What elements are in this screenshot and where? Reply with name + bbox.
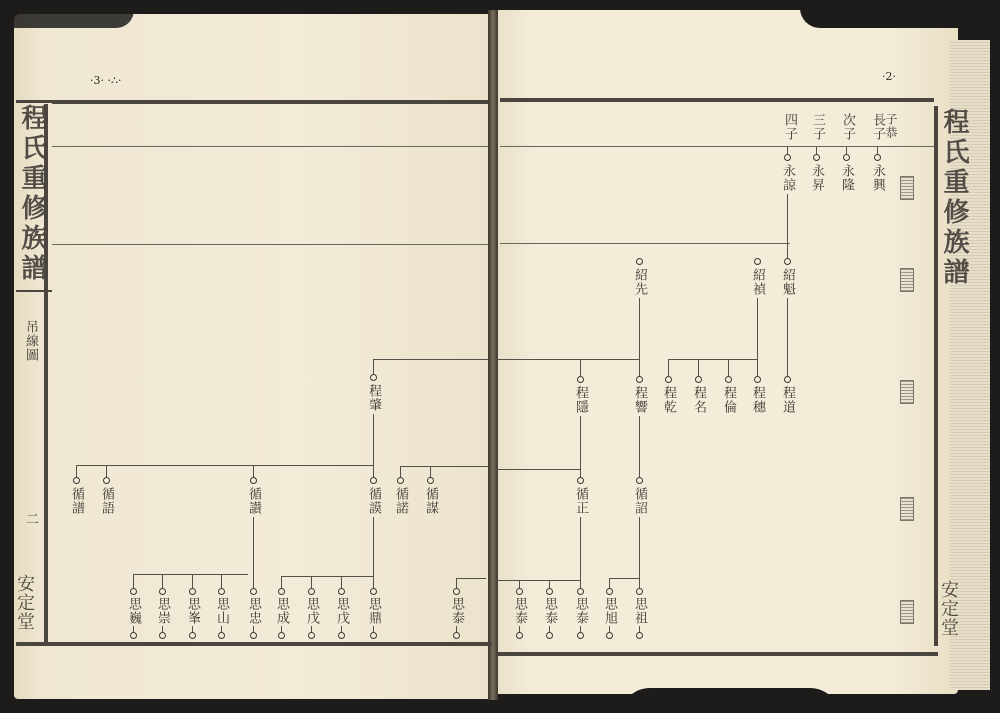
person-name: 思泰 bbox=[512, 597, 526, 625]
person-name: 永隆 bbox=[839, 164, 853, 192]
person-name: 永諒 bbox=[780, 164, 794, 192]
person-name: 思泰 bbox=[449, 597, 463, 625]
person-name: 思鼎 bbox=[366, 597, 380, 625]
person-name: 思祖 bbox=[632, 597, 646, 625]
header-label-second: 次子 bbox=[840, 113, 854, 141]
person-name: 永興 bbox=[870, 164, 884, 192]
book-gutter bbox=[488, 10, 498, 700]
folio-number: 二 bbox=[24, 512, 37, 526]
person-name: 思泰 bbox=[573, 597, 587, 625]
person-name: 思忠 bbox=[246, 597, 260, 625]
person-name: 思峯 bbox=[185, 597, 199, 625]
person-name: 循讃 bbox=[246, 487, 260, 515]
generation-seal-1 bbox=[900, 176, 914, 200]
header-label-eldest: 長子 bbox=[870, 113, 884, 141]
person-name: 思旭 bbox=[602, 597, 616, 625]
person-name: 程道 bbox=[780, 386, 794, 414]
person-name: 紹先 bbox=[632, 268, 646, 296]
torn-edge bbox=[14, 10, 134, 28]
header-label-fourth: 四子 bbox=[782, 113, 796, 141]
person-name: 循謀 bbox=[423, 487, 437, 515]
person-name: 循譜 bbox=[69, 487, 83, 515]
generation-seal-2 bbox=[900, 268, 914, 292]
person-name: 程名 bbox=[691, 386, 705, 414]
person-name: 思戊 bbox=[304, 597, 318, 625]
person-name: 程乾 bbox=[661, 386, 675, 414]
generation-seal-4 bbox=[900, 497, 914, 521]
person-name: 紹禎 bbox=[750, 268, 764, 296]
person-name: 程倫 bbox=[721, 386, 735, 414]
person-name: 思山 bbox=[214, 597, 228, 625]
person-name: 程響 bbox=[632, 386, 646, 414]
generation-seal-5 bbox=[900, 600, 914, 624]
torn-edge bbox=[620, 688, 840, 713]
person-name: 循詔 bbox=[632, 487, 646, 515]
person-name: 思泰 bbox=[542, 597, 556, 625]
person-name: 思成 bbox=[274, 597, 288, 625]
generation-seal-3 bbox=[900, 380, 914, 404]
person-name: 程隱 bbox=[573, 386, 587, 414]
person-name: 循諾 bbox=[393, 487, 407, 515]
person-name: 思崇 bbox=[155, 597, 169, 625]
right-hall-name: 安定堂 bbox=[938, 580, 958, 637]
person-name: 程肇 bbox=[366, 384, 380, 412]
person-name: 循謨 bbox=[366, 487, 380, 515]
right-spine-title: 程氏重修族譜 bbox=[936, 108, 973, 288]
hall-name: 安定堂 bbox=[14, 574, 34, 631]
header-note: 子恭 bbox=[884, 113, 898, 139]
person-name: 思巍 bbox=[126, 597, 140, 625]
person-name: 思戊 bbox=[334, 597, 348, 625]
right-page-number: ·2· bbox=[882, 70, 896, 83]
header-label-third: 三子 bbox=[810, 113, 824, 141]
person-name: 循正 bbox=[573, 487, 587, 515]
torn-edge bbox=[800, 8, 960, 28]
person-name: 循語 bbox=[99, 487, 113, 515]
left-page-number: ·3· ·∴· bbox=[90, 74, 121, 87]
person-name: 紹魁 bbox=[780, 268, 794, 296]
person-name: 程穗 bbox=[750, 386, 764, 414]
section-label: 吊線圖 bbox=[24, 320, 37, 362]
person-name: 永昇 bbox=[809, 164, 823, 192]
